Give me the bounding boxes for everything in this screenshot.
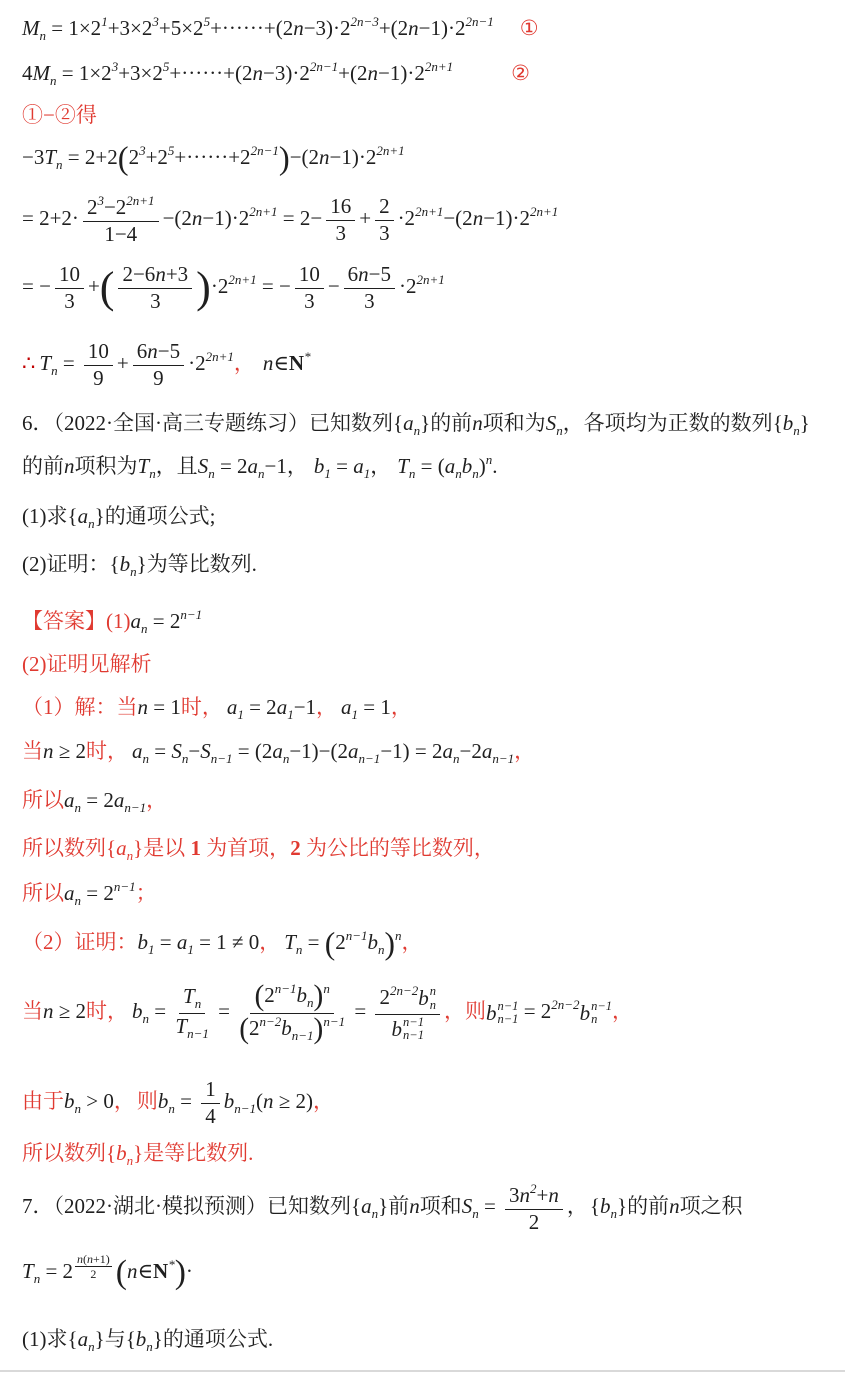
math-var: b: [297, 983, 308, 1007]
text-run: {: [590, 1194, 600, 1218]
math-var: a: [78, 1327, 89, 1351]
big-paren: ): [314, 982, 324, 1011]
text-run: =: [155, 930, 177, 954]
math-var: n: [192, 206, 203, 230]
text-run: ≥ 2: [54, 739, 87, 763]
solution-part2-conclusion: 所以数列{bn}是等比数列.: [22, 1140, 253, 1169]
math-var: T: [39, 351, 51, 375]
fraction: 23−22n+11−4: [83, 194, 159, 246]
text-run: +(2: [379, 16, 408, 40]
text-run: ②: [511, 61, 530, 85]
math-var: T: [397, 454, 409, 478]
superscript: 2n+1: [206, 349, 234, 364]
text-run: +3×2: [118, 61, 163, 85]
solution-part2-quotient: 当n ≥ 2时，bn = TnTn−1 = (2n−1bn)n(2n−2bn−1…: [22, 982, 633, 1045]
superscript: n−2: [259, 1014, 281, 1029]
math-var: b: [368, 930, 379, 954]
text-run: 与: [105, 1327, 126, 1351]
solution-part1-recurrence: 当n ≥ 2时，an = Sn−Sn−1 = (2an−1)−(2an−1−1)…: [22, 738, 535, 767]
fraction: 23: [375, 195, 394, 245]
math-var: b: [120, 552, 131, 576]
math-var: a: [341, 695, 352, 719]
text-run: ∴: [22, 351, 35, 375]
math-var: a: [443, 739, 454, 763]
text-run: {: [68, 504, 78, 528]
superscript: 2n+1: [249, 204, 277, 219]
colored-group: 当: [22, 739, 43, 763]
math-var: M: [33, 61, 51, 85]
math-var: T: [22, 1259, 34, 1283]
math-var: a: [131, 609, 142, 633]
text-run: = 2+2: [63, 145, 118, 169]
subscript: n−1: [292, 1028, 314, 1043]
text-run: 时，: [86, 999, 128, 1023]
superscript: n−1: [180, 607, 202, 622]
math-var: a: [177, 930, 188, 954]
text-run: −3: [22, 145, 44, 169]
problem-7-statement-line2: Tn = 2n(n+1)2(n∈N*)·: [22, 1253, 193, 1290]
colored-group: ，: [402, 930, 423, 954]
big-paren: ): [314, 1015, 324, 1044]
text-run: −3)·2: [263, 61, 310, 85]
text-run: ，: [514, 739, 535, 763]
text-run: +: [88, 274, 100, 298]
math-var: a: [78, 504, 89, 528]
fraction: 6n−59: [133, 340, 184, 390]
text-run: (1)求: [22, 1327, 68, 1351]
math-var: a: [445, 454, 456, 478]
text-run: 3: [509, 1183, 520, 1207]
colored-group: ，: [114, 1089, 135, 1113]
superscript: 2n−2: [390, 983, 418, 998]
text-run: 所以: [22, 788, 64, 812]
text-run: ≥ 2: [54, 999, 87, 1023]
text-run: =: [175, 1089, 197, 1113]
text-run: −5: [158, 339, 180, 363]
text-run: −: [328, 274, 340, 298]
text-run: （2）证明：: [22, 930, 138, 954]
math-var: a: [348, 739, 359, 763]
colored-group: ①: [520, 16, 539, 40]
fraction: 2−6n+33: [118, 263, 192, 313]
math-var: a: [272, 739, 283, 763]
superscript: 2n−1: [466, 14, 494, 29]
text-run: −1)·2: [378, 61, 425, 85]
fraction: 163: [326, 195, 355, 245]
text-run: +1): [93, 1252, 110, 1266]
text-run: ·: [186, 1259, 193, 1283]
math-var: b: [132, 999, 143, 1023]
text-run: ，: [391, 695, 412, 719]
solution-part1-base-case: （1）解：当n = 1时，a1 = 2a1−1，a1 = 1，: [22, 694, 412, 723]
equation-4mn-circle2: 4Mn = 1×23+3×25+······+(2n−3)·22n−1+(2n−…: [22, 59, 530, 89]
text-run: ∈: [137, 1259, 153, 1283]
superscript: 2n−1: [251, 143, 279, 158]
fraction: 103: [295, 263, 324, 313]
text-run: 3: [379, 221, 390, 245]
text-run: −1)−(2: [289, 739, 348, 763]
text-run: 为等比数列.: [147, 552, 257, 576]
text-run: 2: [249, 1016, 260, 1040]
text-run: 3: [335, 221, 346, 245]
superscript: 2n+1: [417, 272, 445, 287]
superscript: n−1: [323, 1014, 345, 1029]
text-run: ①: [520, 16, 539, 40]
colored-group: ，: [146, 788, 167, 812]
big-paren: (: [254, 982, 264, 1011]
solution-part2-setup: （2）证明：b1 = a1 = 1 ≠ 0，Tn = (2n−1bn)n，: [22, 928, 423, 960]
math-var: a: [227, 695, 238, 719]
text-run: =: [331, 454, 353, 478]
text-run: =: [149, 999, 171, 1023]
text-run: > 0: [81, 1089, 114, 1113]
text-run: ，: [567, 1194, 588, 1218]
colored-group: ，: [316, 695, 337, 719]
text-run: 6: [137, 339, 148, 363]
superscript: 2n−3: [351, 14, 379, 29]
text-run: −1)·2: [483, 206, 530, 230]
text-run: +3: [166, 262, 188, 286]
text-run: }: [95, 504, 105, 528]
subscript: n−1: [124, 800, 146, 815]
text-run: −1)·2: [330, 145, 377, 169]
math-var: n: [319, 145, 330, 169]
text-run: ，: [146, 788, 167, 812]
text-run: 当: [22, 739, 43, 763]
colored-group: ；: [136, 881, 157, 905]
text-run: = 2: [244, 695, 277, 719]
text-run: 2: [379, 194, 390, 218]
solution-part1-geometric-conclusion: 所以数列{an}是以 1 为首项，2 为公比的等比数列，: [22, 835, 495, 864]
text-run: ，: [612, 999, 633, 1023]
superscript: 2n+1: [530, 204, 558, 219]
colored-group: ∴: [22, 351, 35, 375]
subscript: n−1: [211, 751, 233, 766]
math-var: a: [64, 881, 75, 905]
text-run: ∈: [273, 351, 289, 375]
equation-step-geometric-sum: = 2+2·23−22n+11−4−(2n−1)·22n+1 = 2−163+2…: [22, 194, 558, 246]
colored-group: 时，: [181, 695, 223, 719]
text-run: −(2: [290, 145, 319, 169]
text-run: ，各项均为正数的数列: [563, 411, 773, 435]
big-paren: (: [116, 1256, 127, 1290]
fraction: (2n−1bn)n(2n−2bn−1)n−1: [239, 982, 345, 1045]
text-run: = −: [22, 274, 51, 298]
math-var: n: [409, 1194, 420, 1218]
colored-group: ，: [391, 695, 412, 719]
colored-group: 时，: [86, 739, 128, 763]
solution-part1-general-term: 所以an = 2n−1；: [22, 879, 157, 909]
fraction: 109: [84, 340, 113, 390]
math-var: b: [64, 1089, 75, 1113]
superscript: n−1: [114, 879, 136, 894]
text-run: 3: [364, 289, 375, 313]
fraction: 14: [201, 1078, 220, 1128]
text-run: 的通项公式;: [105, 504, 216, 528]
text-run: +5×2: [159, 16, 204, 40]
text-run: ·2: [399, 274, 417, 298]
math-var: n: [64, 454, 75, 478]
math-var: n: [473, 206, 484, 230]
text-run: 是等比数列.: [143, 1141, 253, 1165]
math-var: b: [462, 454, 473, 478]
text-run: ，: [370, 454, 391, 478]
text-run: 当: [22, 999, 43, 1023]
big-paren: ): [196, 266, 211, 310]
math-var: a: [482, 739, 493, 763]
problem-6-statement-line2: 的前n项积为Tn，且Sn = 2an−1，b1 = a1，Tn = (anbn)…: [22, 452, 498, 482]
text-run: 2: [129, 145, 140, 169]
text-run: +: [537, 1183, 549, 1207]
text-run: 2−6: [122, 262, 155, 286]
text-run: 2: [335, 930, 346, 954]
bold-text: N: [153, 1259, 168, 1283]
colored-group: （1）解：当: [22, 695, 138, 719]
text-run: 的前: [430, 411, 472, 435]
text-run: ，则: [444, 999, 486, 1023]
colored-group: ，: [259, 930, 280, 954]
big-paren: ): [279, 143, 290, 176]
math-var: b: [783, 411, 794, 435]
text-run: = 2−: [278, 206, 323, 230]
math-var: n: [669, 1194, 680, 1218]
big-paren: (: [118, 143, 129, 176]
text-run: {: [126, 1327, 136, 1351]
text-run: ，: [316, 695, 337, 719]
subscript: n−1: [187, 1026, 209, 1041]
math-var: S: [546, 411, 557, 435]
text-run: .: [492, 454, 497, 478]
big-paren: (: [100, 266, 115, 310]
text-run: 9: [153, 366, 164, 390]
math-var: b: [158, 1089, 169, 1113]
text-run: = 2: [81, 881, 114, 905]
text-run: = −: [257, 274, 291, 298]
math-var: S: [171, 739, 182, 763]
text-run: ，且: [156, 454, 198, 478]
problem-6-part1: (1)求{an}的通项公式;: [22, 503, 216, 532]
text-run: = (2: [233, 739, 273, 763]
math-var: n: [520, 1183, 531, 1207]
colored-group: 时，: [86, 999, 128, 1023]
text-run: }: [800, 411, 810, 435]
colored-group: ，: [514, 739, 535, 763]
text-run: }: [137, 552, 147, 576]
text-run: 4: [205, 1104, 216, 1128]
text-run: 10: [88, 339, 109, 363]
text-run: }: [420, 411, 430, 435]
superscript: 2n+1: [126, 193, 154, 208]
superscript: 2n−2: [551, 997, 579, 1012]
text-run: =: [349, 999, 371, 1023]
math-var: n: [263, 351, 274, 375]
text-run: {: [773, 411, 783, 435]
big-paren: ): [175, 1256, 186, 1290]
problem-6-statement-line1: 6．（2022·全国·高三专题练习）已知数列{an}的前n项和为Sn，各项均为正…: [22, 410, 810, 439]
superscript: 2n+1: [376, 143, 404, 158]
math-var: n: [43, 999, 54, 1023]
math-var: a: [116, 836, 127, 860]
text-run: (2)证明见解析: [22, 652, 152, 676]
text-run: 3: [304, 289, 315, 313]
math-var: a: [114, 788, 125, 812]
text-run: ): [479, 454, 486, 478]
fraction: TnTn−1: [175, 985, 208, 1041]
text-run: 的通项公式.: [163, 1327, 273, 1351]
text-run: ·2: [398, 206, 416, 230]
fraction: 103: [55, 263, 84, 313]
text-run: 项和: [420, 1194, 462, 1218]
text-run: 前: [388, 1194, 409, 1218]
text-run: ≥ 2): [273, 1089, 313, 1113]
text-run: ，: [313, 1089, 334, 1113]
text-run: −2: [104, 195, 126, 219]
label-circle1-minus-circle2: ①−②得: [22, 102, 97, 128]
equation-neg3tn: −3Tn = 2+2(23+25+······+22n−1)−(2n−1)·22…: [22, 143, 405, 176]
big-paren: (: [325, 928, 336, 960]
colored-group: （2）证明：: [22, 930, 138, 954]
math-var: n: [472, 411, 483, 435]
text-run: ，: [402, 930, 423, 954]
text-run: =: [58, 351, 80, 375]
text-run: 项之积: [680, 1194, 743, 1218]
text-run: = 2: [148, 609, 181, 633]
equation-tn-result: ∴Tn = 109+6n−59·22n+1，n∈N*: [22, 340, 311, 390]
text-run: 为公比的等比数列，: [301, 836, 495, 860]
colored-group: ，: [612, 999, 633, 1023]
fraction: 22n−2bnnbn−1n−1: [375, 984, 440, 1043]
text-run: 1−4: [104, 222, 137, 246]
text-run: −2: [460, 739, 482, 763]
text-run: +2: [146, 145, 168, 169]
text-run: 10: [59, 262, 80, 286]
text-run: (: [256, 1089, 263, 1113]
subscript: n: [195, 996, 202, 1011]
text-run: 9: [93, 366, 104, 390]
math-var: n: [293, 16, 304, 40]
text-run: =: [213, 999, 235, 1023]
colored-group: 所以: [22, 881, 64, 905]
bold-text: N: [289, 351, 304, 375]
math-var: a: [248, 454, 259, 478]
text-run: 所以数列: [22, 836, 106, 860]
math-var: S: [200, 739, 211, 763]
text-run: +······+(2: [210, 16, 293, 40]
math-var: b: [314, 454, 325, 478]
text-run: 2: [529, 1210, 540, 1234]
bold-text: 1: [190, 836, 201, 860]
text-run: =: [479, 1194, 501, 1218]
math-var: a: [132, 739, 143, 763]
text-run: = (: [415, 454, 444, 478]
text-run: 2: [90, 1267, 96, 1281]
colored-group: 由于: [22, 1089, 64, 1113]
superscript: n−1: [346, 928, 368, 943]
text-run: = 2: [40, 1259, 73, 1283]
colored-group: 当: [22, 999, 43, 1023]
math-var: T: [183, 984, 195, 1008]
equation-mn-circle1: Mn = 1×21+3×23+5×25+······+(2n−3)·22n−3+…: [22, 14, 539, 44]
math-var: b: [224, 1089, 235, 1113]
document-page: Mn = 1×21+3×23+5×25+······+(2n−3)·22n−3+…: [0, 0, 845, 1374]
equation-step-combine: = −103+(2−6n+33)·22n+1 = −103−6n−53·22n+…: [22, 263, 445, 313]
text-run: ①−②得: [22, 103, 97, 127]
text-run: = 1: [148, 695, 181, 719]
text-run: −(2: [163, 206, 192, 230]
math-var: n: [358, 262, 369, 286]
text-run: 2: [379, 985, 390, 1009]
text-run: {: [110, 552, 120, 576]
text-run: 的前: [627, 1194, 669, 1218]
math-var: n: [367, 61, 378, 85]
problem-6-part2: (2)证明：{bn}为等比数列.: [22, 551, 257, 580]
math-var: a: [277, 695, 288, 719]
subscript: n−1: [359, 751, 381, 766]
stacked-scripts: bn−1n−1: [392, 1016, 424, 1044]
text-run: }: [133, 836, 143, 860]
text-run: 6: [348, 262, 359, 286]
stacked-scripts: bn−1n: [580, 1000, 612, 1028]
text-run: 【答案】(1): [22, 609, 131, 633]
colored-group: 则: [137, 1089, 158, 1113]
text-run: −: [188, 739, 200, 763]
math-var: b: [136, 1327, 147, 1351]
fraction: 6n−53: [344, 263, 395, 313]
math-var: n: [408, 16, 419, 40]
text-run: 1: [205, 1077, 216, 1101]
math-var: T: [138, 454, 150, 478]
text-run: 则: [137, 1089, 158, 1113]
text-run: 所以: [22, 881, 64, 905]
superscript: 2n−1: [310, 59, 338, 74]
text-run: = 1: [358, 695, 391, 719]
math-var: b: [281, 1016, 292, 1040]
text-run: +······+2: [174, 145, 250, 169]
colored-group: ，: [234, 351, 255, 375]
text-run: +······+(2: [169, 61, 252, 85]
colored-group: ，则: [444, 999, 486, 1023]
math-var: b: [600, 1194, 611, 1218]
text-run: {: [393, 411, 403, 435]
text-run: =: [149, 739, 171, 763]
text-run: 16: [330, 194, 351, 218]
big-paren: ): [385, 928, 396, 960]
text-run: {: [106, 1141, 116, 1165]
superscript: 2n+1: [228, 272, 256, 287]
math-var: T: [175, 1014, 187, 1038]
text-run: （1）解：当: [22, 695, 138, 719]
text-run: 所以数列: [22, 1141, 106, 1165]
text-run: {: [106, 836, 116, 860]
superscript: 2n+1: [425, 59, 453, 74]
text-run: 7．（2022·湖北·模拟预测）已知数列: [22, 1194, 351, 1218]
math-var: a: [353, 454, 364, 478]
text-run: }: [153, 1327, 163, 1351]
text-run: ，: [259, 930, 280, 954]
text-run: }: [95, 1327, 105, 1351]
math-var: n: [548, 1183, 559, 1207]
text-run: 2: [87, 195, 98, 219]
text-run: }: [617, 1194, 627, 1218]
math-var: n: [155, 262, 166, 286]
math-var: b: [116, 1141, 127, 1165]
text-run: −1)·2: [202, 206, 249, 230]
stacked-scripts: bn−1n−1: [486, 1000, 518, 1028]
text-run: {: [351, 1194, 361, 1218]
text-run: = 2: [518, 999, 551, 1023]
text-run: +3×2: [108, 16, 153, 40]
answer-label-part1: 【答案】(1)an = 2n−1: [22, 607, 202, 637]
